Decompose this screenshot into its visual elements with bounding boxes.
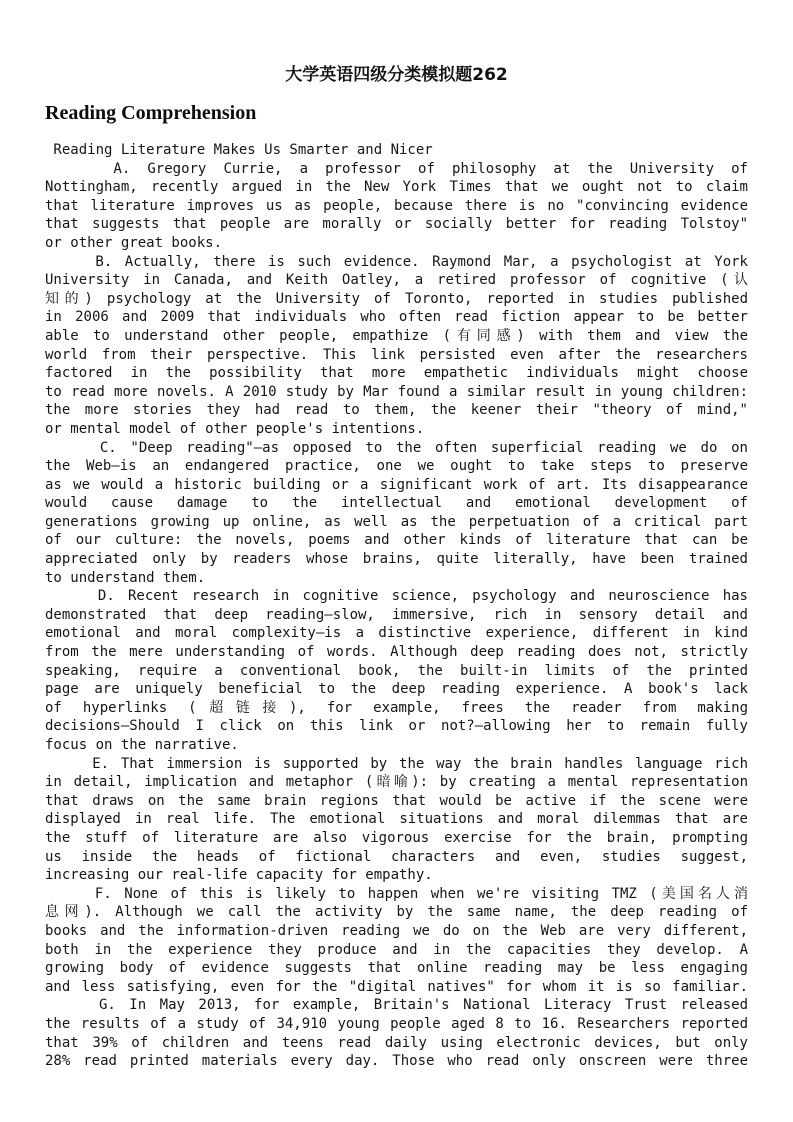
text-line: the more stories they had read to them, … <box>45 401 748 420</box>
text-line: or other great books. <box>45 234 748 253</box>
text-line: C. "Deep reading"—as opposed to the ofte… <box>45 439 748 458</box>
text-line: books and the information-driven reading… <box>45 922 748 941</box>
text-line: to read more novels. A 2010 study by Mar… <box>45 383 748 402</box>
text-line: the results of a study of 34,910 young p… <box>45 1015 748 1034</box>
text-line: both in the experience they produce and … <box>45 941 748 960</box>
paragraphs: A. Gregory Currie, a professor of philos… <box>45 160 748 1071</box>
text-line: Nottingham, recently argued in the New Y… <box>45 178 748 197</box>
text-line: that 39% of children and teens read dail… <box>45 1034 748 1053</box>
text-line: in 2006 and 2009 that individuals who of… <box>45 308 748 327</box>
text-line: decisions—Should I click on this link or… <box>45 717 748 736</box>
text-line: and less satisfying, even for the "digit… <box>45 978 748 997</box>
text-line: 28% read printed materials every day. Th… <box>45 1052 748 1071</box>
text-line: increasing our real-life capacity for em… <box>45 866 748 885</box>
text-line: E. That immersion is supported by the wa… <box>45 755 748 774</box>
text-line: from the mere understanding of words. Al… <box>45 643 748 662</box>
document-title: 大学英语四级分类模拟题262 <box>0 64 793 86</box>
text-line: D. Recent research in cognitive science,… <box>45 587 748 606</box>
text-line: of our culture: the novels, poems and ot… <box>45 531 748 550</box>
text-line: of hyperlinks (超链接), for example, frees … <box>45 699 748 718</box>
text-line: page are uniquely beneficial to the deep… <box>45 680 748 699</box>
text-line: University in Canada, and Keith Oatley, … <box>45 271 748 290</box>
text-line: that suggests that people are morally or… <box>45 215 748 234</box>
text-line: G. In May 2013, for example, Britain's N… <box>45 996 748 1015</box>
text-line: appreciated only by readers whose brains… <box>45 550 748 569</box>
text-line: B. Actually, there is such evidence. Ray… <box>45 253 748 272</box>
text-line: as we would a historic building or a sig… <box>45 476 748 495</box>
text-line: factored in the possibility that more em… <box>45 364 748 383</box>
text-line: growing body of evidence suggests that o… <box>45 959 748 978</box>
text-line: or mental model of other people's intent… <box>45 420 748 439</box>
text-line: that literature improves us as people, b… <box>45 197 748 216</box>
text-line: 知的) psychology at the University of Toro… <box>45 290 748 309</box>
text-line: displayed in real life. The emotional si… <box>45 810 748 829</box>
text-line: in detail, implication and metaphor (暗喻)… <box>45 773 748 792</box>
text-line: focus on the narrative. <box>45 736 748 755</box>
text-line: to understand them. <box>45 569 748 588</box>
text-line: speaking, require a conventional book, t… <box>45 662 748 681</box>
text-line: F. None of this is likely to happen when… <box>45 885 748 904</box>
text-line: generations growing up online, as well a… <box>45 513 748 532</box>
document-page: 大学英语四级分类模拟题262 Reading Comprehension Rea… <box>0 0 793 1122</box>
text-line: the Web—is an endangered practice, one w… <box>45 457 748 476</box>
text-line: world from their perspective. This link … <box>45 346 748 365</box>
text-line: the stuff of literature are also vigorou… <box>45 829 748 848</box>
text-line: able to understand other people, empathi… <box>45 327 748 346</box>
text-line: us inside the heads of fictional charact… <box>45 848 748 867</box>
text-line: emotional and moral complexity—is a dist… <box>45 624 748 643</box>
text-line: demonstrated that deep reading—slow, imm… <box>45 606 748 625</box>
text-line: would cause damage to the intellectual a… <box>45 494 748 513</box>
section-heading: Reading Comprehension <box>45 100 256 126</box>
article-heading-line: Reading Literature Makes Us Smarter and … <box>45 141 748 160</box>
text-line: that draws on the same brain regions tha… <box>45 792 748 811</box>
article-body: Reading Literature Makes Us Smarter and … <box>45 141 748 1071</box>
text-line: A. Gregory Currie, a professor of philos… <box>45 160 748 179</box>
text-line: 息网). Although we call the activity by th… <box>45 903 748 922</box>
